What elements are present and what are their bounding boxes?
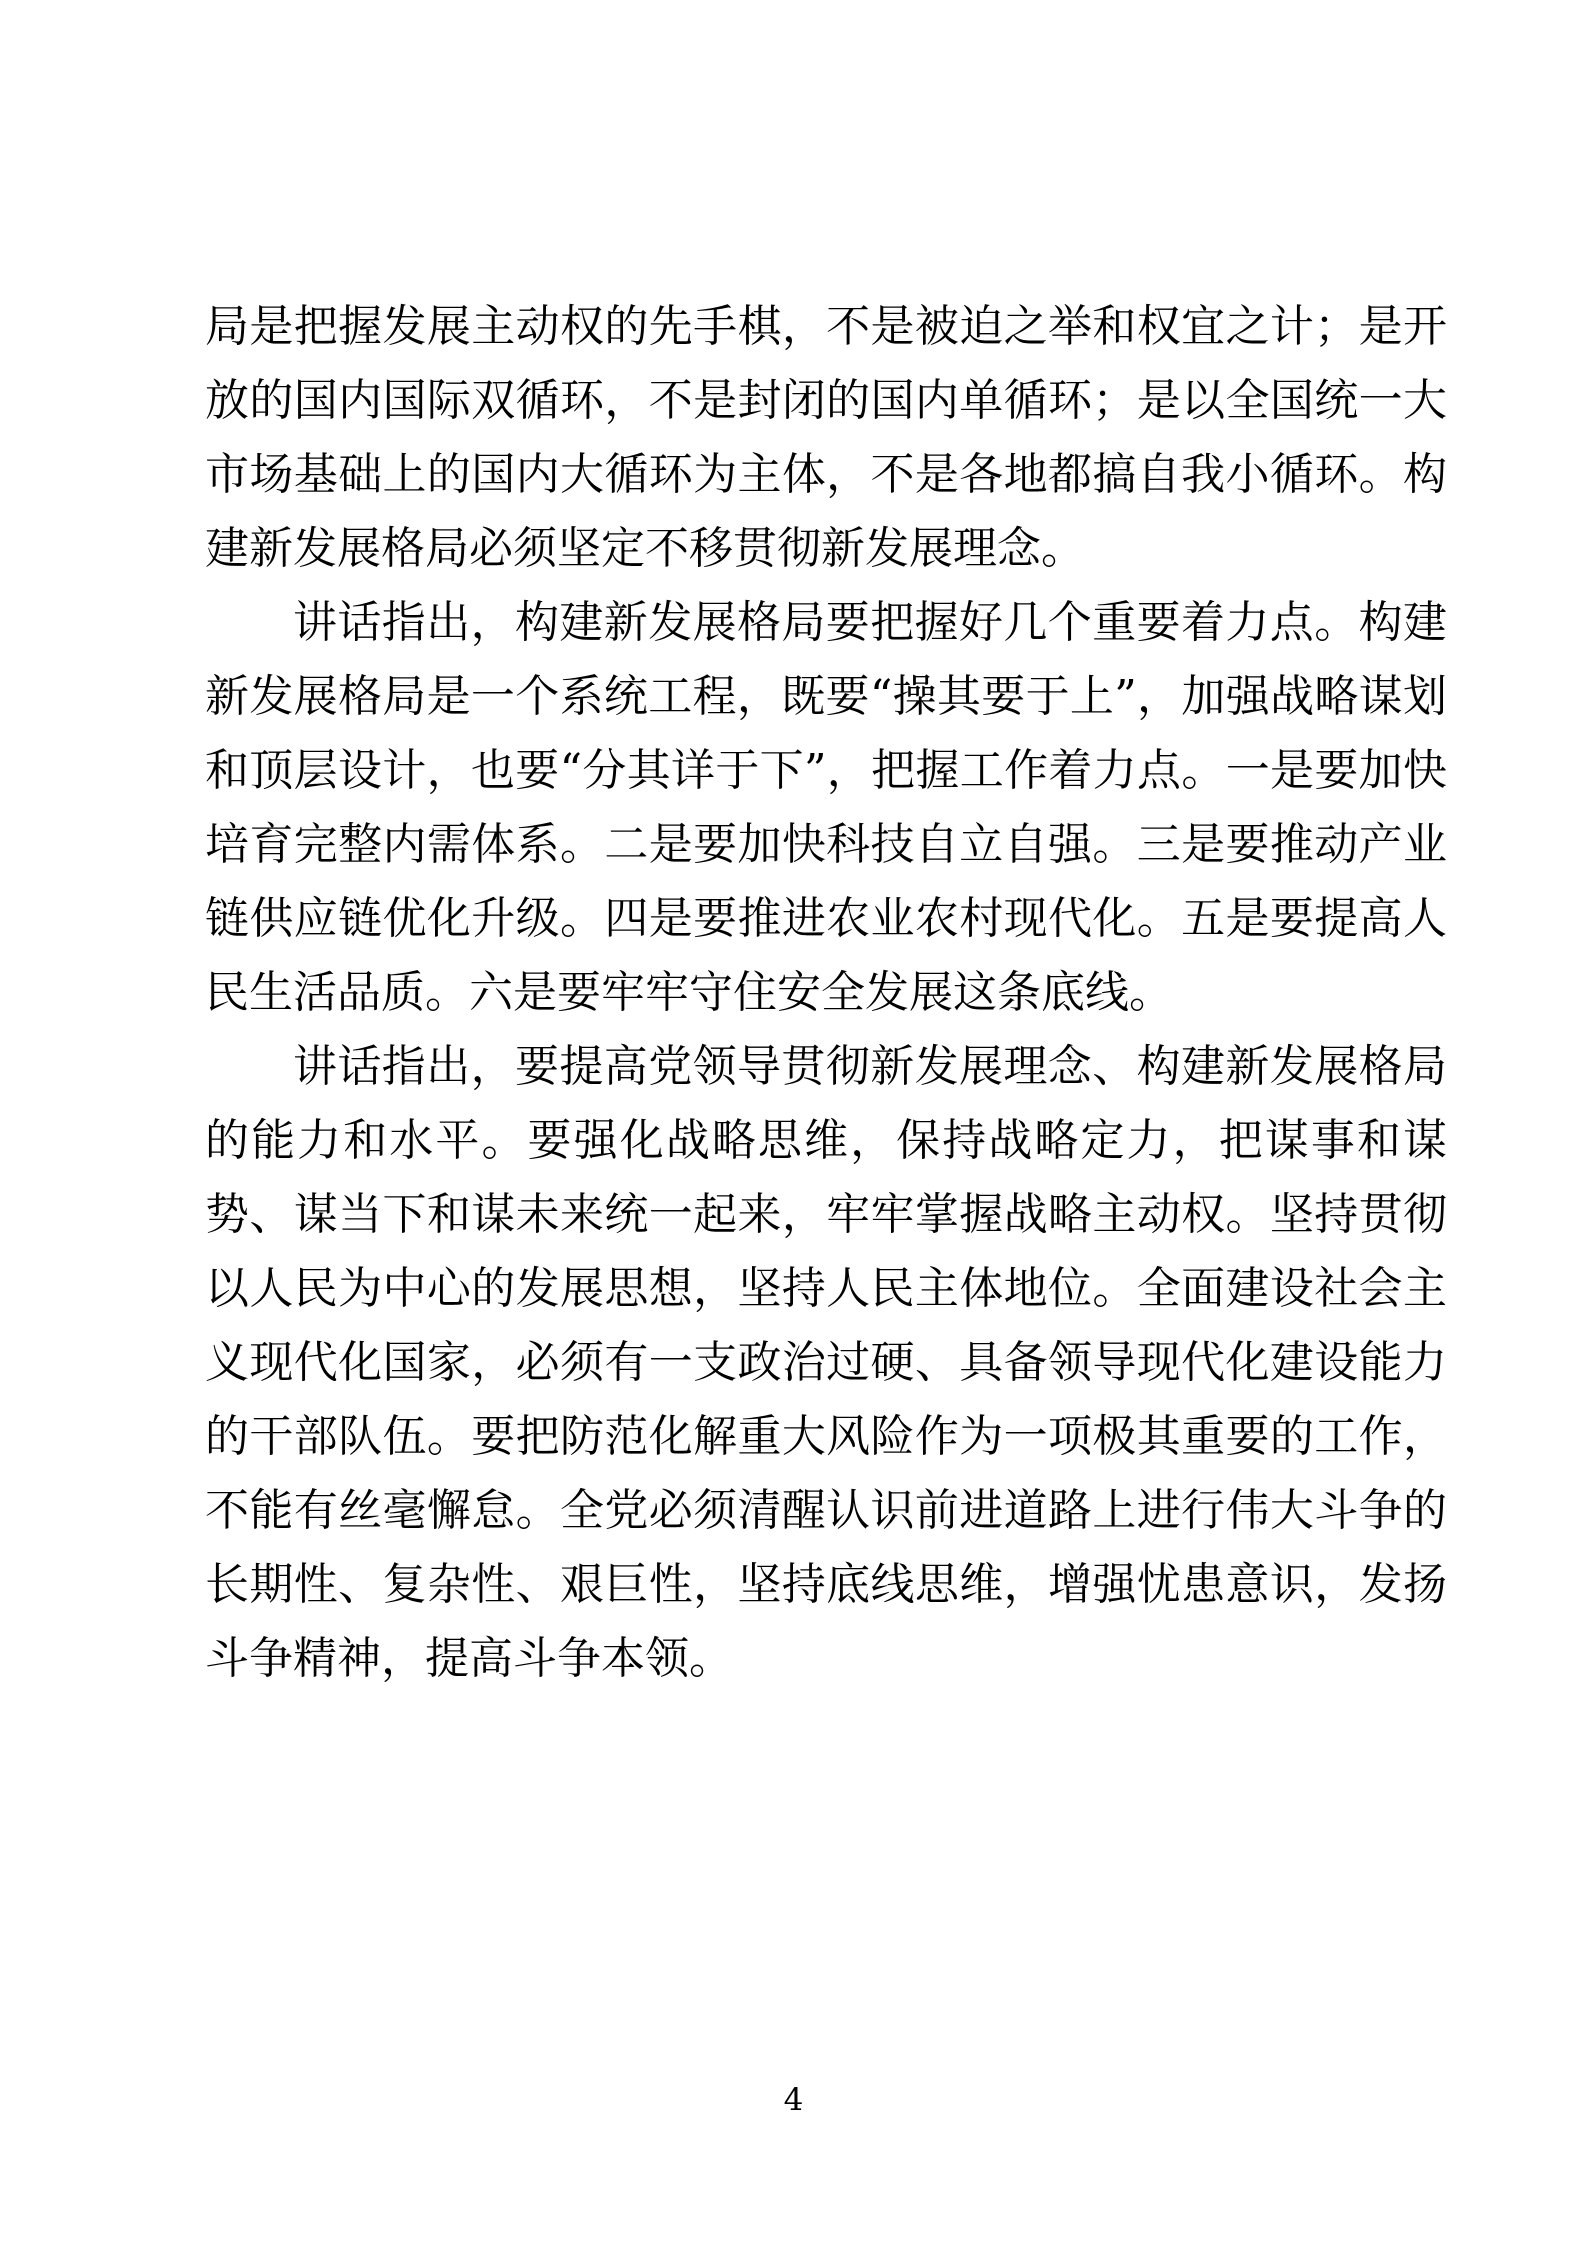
paragraph: 讲话指出，要提高党领导贯彻新发展理念、构建新发展格局的能力和水平。要强化战略思维… [205, 1030, 1447, 1696]
page-number: 4 [0, 2082, 1587, 2118]
paragraph: 讲话指出，构建新发展格局要把握好几个重要着力点。构建新发展格局是一个系统工程，既… [205, 586, 1447, 1030]
document-body: 局是把握发展主动权的先手棋，不是被迫之举和权宜之计；是开放的国内国际双循环，不是… [205, 290, 1447, 1696]
document-page: 局是把握发展主动权的先手棋，不是被迫之举和权宜之计；是开放的国内国际双循环，不是… [0, 0, 1587, 2245]
paragraph: 局是把握发展主动权的先手棋，不是被迫之举和权宜之计；是开放的国内国际双循环，不是… [205, 290, 1447, 586]
